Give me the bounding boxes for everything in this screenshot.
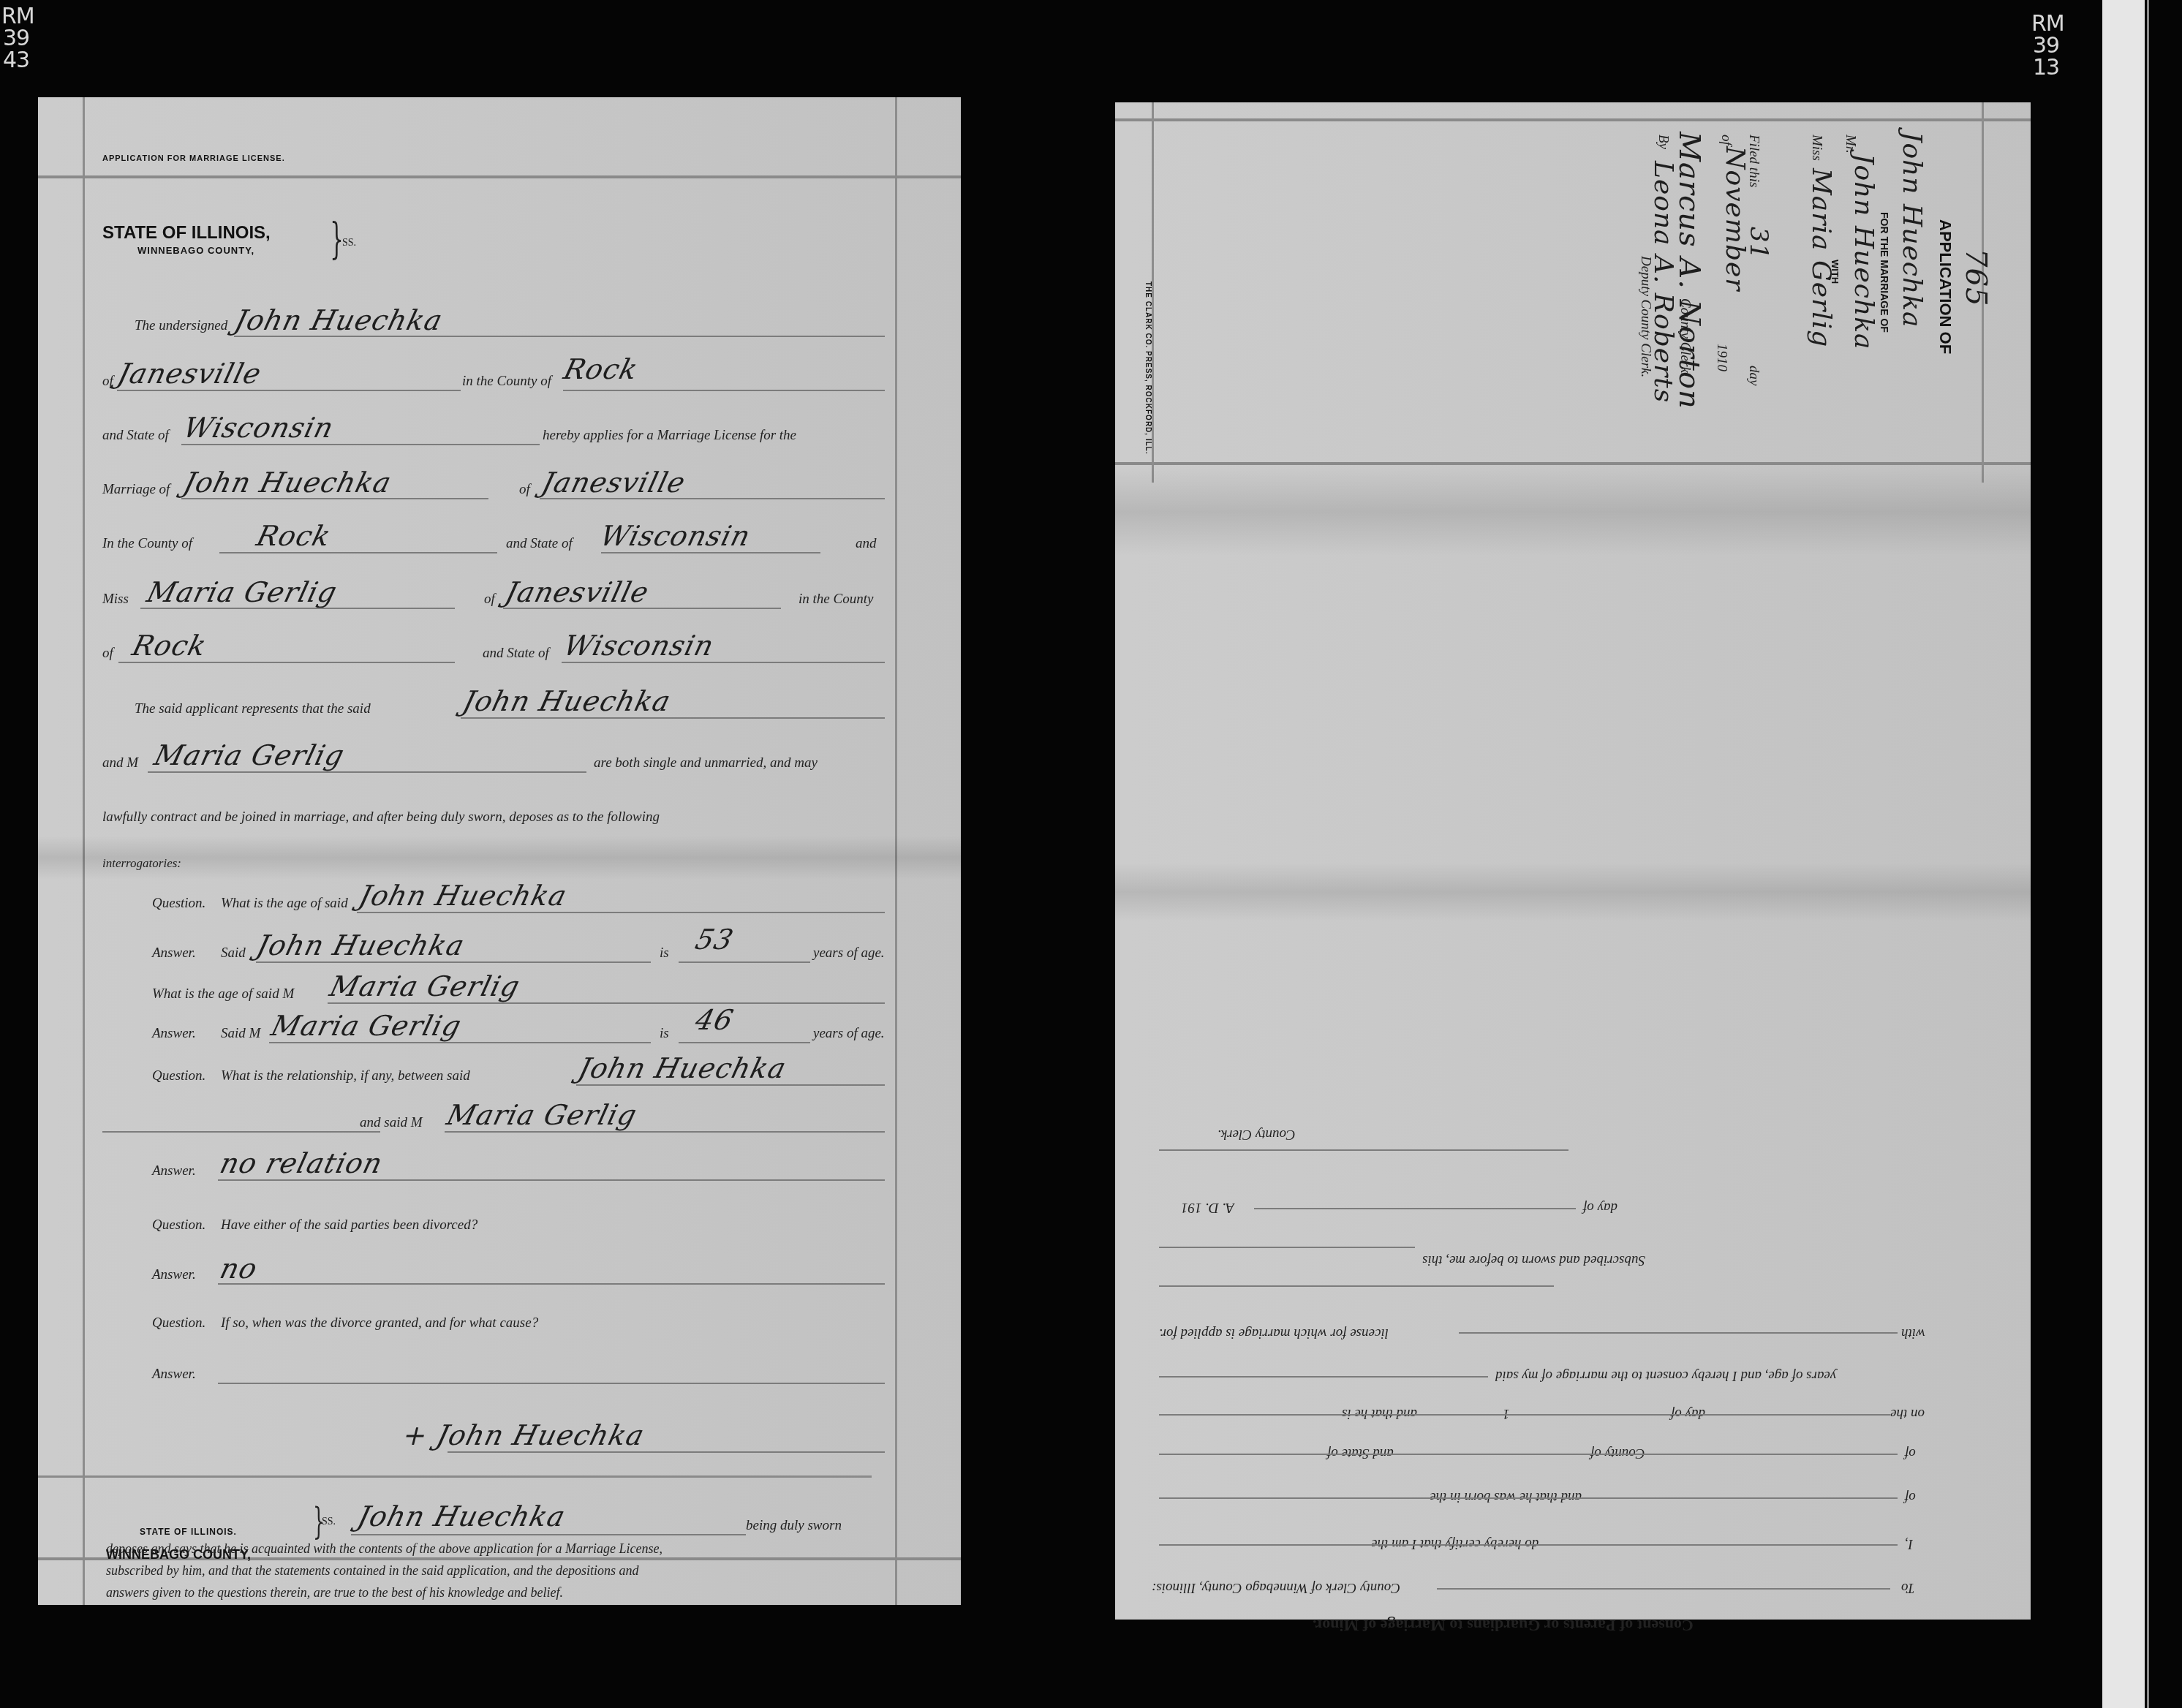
signature1-line <box>448 1451 885 1453</box>
applicant-city-field: Janesville <box>115 358 265 390</box>
divorced-field: no <box>217 1252 261 1285</box>
cover-title: APPLICATION OF <box>1936 219 1955 354</box>
q3-and-said: and said M <box>360 1115 423 1131</box>
a3-label: Answer. <box>152 1163 196 1179</box>
groom-city-label: of <box>519 482 530 498</box>
affidavit-line3: answers given to the questions therein, … <box>106 1585 563 1601</box>
cover-mid-rule <box>1115 462 2031 465</box>
a1-name-line <box>256 961 651 963</box>
q5-label: Question. <box>152 1315 205 1331</box>
of-label: of <box>102 374 113 390</box>
lawfully-text: lawfully contract and be joined in marri… <box>102 809 660 825</box>
form-title: APPLICATION FOR MARRIAGE LICENSE. <box>102 154 285 163</box>
film-label-left-line1: RM <box>1 6 31 28</box>
cover-deputy-label: Deputy County Clerk. <box>1637 256 1653 377</box>
a2-is: is <box>660 1026 669 1042</box>
filed-of-label: of <box>1718 135 1734 146</box>
a1-age-line <box>679 961 810 963</box>
a1-suffix: years of age. <box>813 945 885 961</box>
undersigned-line <box>234 336 885 337</box>
venue-ss: SS. <box>342 238 356 249</box>
consent-signature-line <box>1159 1285 1554 1287</box>
film-label-right-line2: 39 <box>2031 35 2061 57</box>
groom-state-label: and State of <box>506 536 573 552</box>
groom-city-line <box>540 498 885 499</box>
cover-mr-field: John Huechka <box>1849 154 1879 349</box>
groom-city-field: Janesville <box>539 466 690 499</box>
q1-label: Question. <box>152 896 205 912</box>
groom-age-field: 53 <box>692 923 737 956</box>
bride-city-line <box>503 608 781 609</box>
represents-bride-line <box>148 771 586 773</box>
and-m-label: and M <box>102 755 138 771</box>
q3-line <box>576 1084 885 1086</box>
a2-bride-field: Maria Gerlig <box>268 1010 465 1042</box>
bride-line <box>140 608 455 609</box>
county-label: in the County of <box>462 374 551 390</box>
cover-by-label: By <box>1655 135 1671 149</box>
consent-title: Consent of Parents or Guardians to Marri… <box>1313 1616 1694 1635</box>
consent-to: To <box>1901 1579 1914 1595</box>
consent-i-line <box>1159 1544 1898 1546</box>
consent-subscribed-line <box>1159 1247 1415 1248</box>
consent-county-line <box>1159 1454 1898 1455</box>
being-sworn-text: being duly sworn <box>746 1518 842 1534</box>
consent-of2: of <box>1905 1445 1916 1461</box>
groom-state-field: Wisconsin <box>597 520 755 552</box>
affidavit-state: STATE OF ILLINOIS. <box>140 1527 237 1537</box>
represents-groom-field: John Huechka <box>460 685 675 717</box>
groom-county-field: Rock <box>254 520 335 552</box>
bride-state-label: and State of <box>483 646 549 662</box>
bride-city-field: Janesville <box>502 576 653 608</box>
state-line <box>181 444 540 445</box>
cover-for-marriage: FOR THE MARRIAGE OF <box>1879 212 1890 333</box>
q3-label: Question. <box>152 1068 205 1084</box>
q1-groom-field: John Huechka <box>356 880 571 912</box>
a2-age-line <box>679 1042 810 1043</box>
cover-fold-1 <box>1115 468 2031 556</box>
q3-line2 <box>445 1131 885 1133</box>
affidavit-line1: deposes and says that he is acquainted w… <box>106 1541 662 1557</box>
film-label-right-line3: 13 <box>2031 57 2061 79</box>
cover-county-clerk-label: County Clerk. <box>1677 298 1693 377</box>
groom-county-line <box>219 552 497 553</box>
represents-text: The said applicant represents that the s… <box>135 701 371 717</box>
film-label-left-line2: 39 <box>1 28 31 50</box>
groom-name-field: John Huechka <box>181 466 396 499</box>
q4-text: Have either of the said parties been div… <box>221 1217 477 1233</box>
film-edge-line <box>2147 0 2149 1708</box>
printer-imprint: THE CLARK CO. PRESS, ROCKFORD, ILL. <box>1144 281 1152 455</box>
consent-on-line <box>1159 1414 1890 1416</box>
consent-day-of2: day of <box>1583 1199 1617 1215</box>
cover-fold-2 <box>1115 863 2031 921</box>
consent-born-line <box>1159 1497 1898 1499</box>
consent-with: with <box>1901 1325 1925 1341</box>
consent-to-line <box>1437 1588 1890 1590</box>
cover-left-line <box>1152 102 1154 483</box>
q1-text: What is the age of said <box>221 896 348 912</box>
cover-page: 765 APPLICATION OF John Huechka FOR THE … <box>1115 102 2031 1620</box>
cover-mr-label: Mr. <box>1842 135 1858 154</box>
represents-bride-field: Maria Gerlig <box>151 739 348 771</box>
cover-top-rule <box>1115 118 2031 121</box>
consent-i: I, <box>1905 1535 1913 1552</box>
a2-said: Said M <box>221 1026 260 1042</box>
a1-groom-field: John Huechka <box>254 929 469 961</box>
applies-text: hereby applies for a Marriage License fo… <box>543 428 796 444</box>
consent-ad-line <box>1254 1208 1576 1209</box>
a3-line <box>218 1179 885 1181</box>
q2-line <box>328 1002 885 1004</box>
bride-county-line <box>118 662 455 663</box>
venue-state: STATE OF ILLINOIS, <box>102 223 271 243</box>
affiant-line <box>351 1534 746 1535</box>
undersigned-label: The undersigned <box>135 318 227 334</box>
city-line <box>117 390 461 391</box>
consent-years-text: years of age, and I hereby consent to th… <box>1495 1367 1836 1383</box>
a4-line <box>218 1283 885 1285</box>
and-label: and <box>856 536 877 552</box>
consent-with-line <box>1459 1332 1898 1334</box>
q1-line <box>357 912 885 913</box>
consent-born-text: and that he was born in the <box>1430 1489 1582 1505</box>
in-county-label: In the County of <box>102 536 192 552</box>
applicant-county-field: Rock <box>561 353 642 385</box>
consent-county-of: County of <box>1590 1445 1645 1461</box>
q3-bride-field: Maria Gerlig <box>444 1099 641 1131</box>
film-label-left: RM 39 43 <box>1 6 31 72</box>
interrogatories-text: interrogatories: <box>102 856 181 871</box>
consent-certify: do hereby certify that I am the <box>1371 1535 1539 1552</box>
q5-text: If so, when was the divorce granted, and… <box>221 1315 538 1331</box>
affiant-name-field: John Huechka <box>355 1500 570 1533</box>
consent-years-line <box>1159 1376 1488 1378</box>
a2-label: Answer. <box>152 1026 196 1042</box>
a2-name-line <box>269 1042 651 1043</box>
film-label-right-line1: RM <box>2031 13 2061 35</box>
consent-clerk-line <box>1159 1149 1568 1151</box>
q4-label: Question. <box>152 1217 205 1233</box>
groom-state-line <box>601 552 820 553</box>
affidavit-ss: SS. <box>322 1516 336 1528</box>
applicant-name-field: John Huechka <box>232 304 447 336</box>
consent-county-clerk: County Clerk. <box>1218 1126 1296 1142</box>
cover-miss-label: Miss <box>1808 135 1824 161</box>
q3-line2-left <box>102 1131 380 1133</box>
bride-city-label: of <box>484 592 495 608</box>
relationship-field: no relation <box>217 1147 387 1179</box>
docket-number: 765 <box>1959 249 1993 306</box>
top-rule <box>38 175 961 178</box>
a5-line <box>218 1383 885 1384</box>
county-line <box>563 390 885 391</box>
applicant-state-field: Wisconsin <box>181 412 338 444</box>
a4-label: Answer. <box>152 1267 196 1283</box>
cover-miss-field: Maria Gerlig <box>1806 168 1836 347</box>
consent-subscribed: Subscribed and sworn to before me, this <box>1422 1252 1645 1268</box>
consent-on-the: on the <box>1890 1405 1925 1421</box>
q2-bride-field: Maria Gerlig <box>327 970 524 1002</box>
consent-state-of: and State of <box>1327 1445 1394 1461</box>
state-label: and State of <box>102 428 169 444</box>
single-text: are both single and unmarried, and may <box>594 755 818 771</box>
q3-groom-field: John Huechka <box>575 1052 790 1084</box>
q3-text: What is the relationship, if any, betwee… <box>221 1068 470 1084</box>
a1-label: Answer. <box>152 945 196 961</box>
miss-label: Miss <box>102 592 129 608</box>
consent-day-of: day of <box>1671 1405 1705 1421</box>
a1-is: is <box>660 945 669 961</box>
consent-and-that-he-is: and that he is <box>1342 1405 1417 1421</box>
a2-suffix: years of age. <box>813 1026 885 1042</box>
marriage-of-label: Marriage of <box>102 482 170 498</box>
bride-county-label: of <box>102 646 113 662</box>
filed-month-field: November <box>1720 146 1750 292</box>
affidavit-line2: subscribed by him, and that the statemen… <box>106 1563 638 1579</box>
in-the-county-label: in the County <box>799 592 873 608</box>
consent-year-prefix: 1 <box>1503 1405 1510 1421</box>
a1-said: Said <box>221 945 246 961</box>
filed-day-label: day <box>1745 366 1762 385</box>
consent-of: of <box>1905 1489 1916 1505</box>
applicant-signature: + John Huechka <box>400 1419 649 1451</box>
consent-license-text: license for which marriage is applied fo… <box>1159 1325 1389 1341</box>
bride-age-field: 46 <box>692 1004 737 1036</box>
represents-line <box>461 717 885 719</box>
consent-to-text: County Clerk of Winnebago County, Illino… <box>1152 1579 1400 1595</box>
groom-line <box>181 498 488 499</box>
venue-brace: } <box>330 214 343 264</box>
bride-state-field: Wisconsin <box>561 630 718 662</box>
film-label-left-line3: 43 <box>1 50 31 72</box>
application-page: APPLICATION FOR MARRIAGE LICENSE. STATE … <box>38 97 961 1605</box>
venue-county: WINNEBAGO COUNTY, <box>137 245 254 256</box>
a5-label: Answer. <box>152 1367 196 1383</box>
cover-applicant-field: John Huechka <box>1897 132 1927 328</box>
q2-text: What is the age of said M <box>152 986 294 1002</box>
consent-ad: A. D. 191 <box>1181 1199 1234 1215</box>
bride-name-field: Maria Gerlig <box>144 576 341 608</box>
bride-county-field: Rock <box>129 630 211 662</box>
filed-year-field: 1910 <box>1713 344 1729 371</box>
film-label-right: RM 39 13 <box>2031 13 2061 79</box>
bride-state-line <box>562 662 885 663</box>
film-edge-strip <box>2102 0 2145 1708</box>
